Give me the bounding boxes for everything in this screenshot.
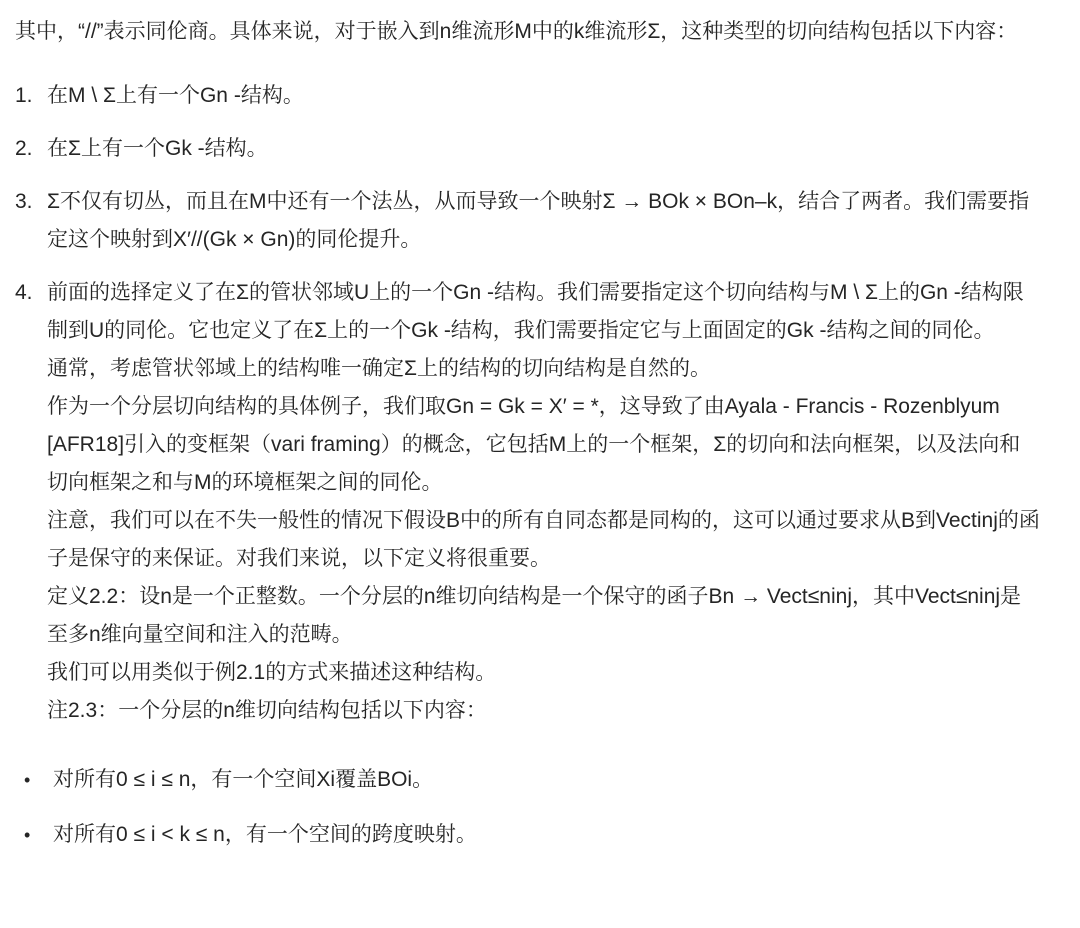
list-item-4-marker: 4. <box>15 274 47 312</box>
list-item-4: 4. 前面的选择定义了在Σ的管状邻域U上的一个Gn -结构。我们需要指定这个切向… <box>15 274 1040 730</box>
list-item-2-text: 在Σ上有一个Gk -结构。 <box>47 130 1040 168</box>
list-item-4-content: 前面的选择定义了在Σ的管状邻域U上的一个Gn -结构。我们需要指定这个切向结构与… <box>47 274 1040 730</box>
list-item-1-content: 在M \ Σ上有一个Gn -结构。 <box>47 77 1040 115</box>
numbered-list: 1. 在M \ Σ上有一个Gn -结构。 2. 在Σ上有一个Gk -结构。 3.… <box>15 77 1040 730</box>
bullet-item-1: • 对所有0 ≤ i ≤ n，有一个空间Xi覆盖BOi。 <box>15 761 1040 799</box>
bullet-list: • 对所有0 ≤ i ≤ n，有一个空间Xi覆盖BOi。 • 对所有0 ≤ i … <box>15 761 1040 854</box>
list-item-4-paragraph-5-definition-2-2: 定义2.2：设n是一个正整数。一个分层的n维切向结构是一个保守的函子Bn → V… <box>47 578 1040 654</box>
list-item-4-paragraph-3: 作为一个分层切向结构的具体例子，我们取Gn = Gk = X′ = *，这导致了… <box>47 388 1040 502</box>
list-item-4-paragraph-7-remark-2-3: 注2.3：一个分层的n维切向结构包括以下内容： <box>47 692 1040 730</box>
bullet-item-2: • 对所有0 ≤ i < k ≤ n，有一个空间的跨度映射。 <box>15 816 1040 854</box>
bullet-item-2-content: 对所有0 ≤ i < k ≤ n，有一个空间的跨度映射。 <box>53 816 1040 854</box>
list-item-4-paragraph-2: 通常，考虑管状邻域上的结构唯一确定Σ上的结构的切向结构是自然的。 <box>47 350 1040 388</box>
list-item-4-paragraph-4: 注意，我们可以在不失一般性的情况下假设B中的所有自同态都是同构的，这可以通过要求… <box>47 502 1040 578</box>
list-item-3: 3. Σ不仅有切丛，而且在M中还有一个法丛，从而导致一个映射Σ → BOk × … <box>15 183 1040 259</box>
document-page: 其中，“//”表示同伦商。具体来说，对于嵌入到n维流形M中的k维流形Σ，这种类型… <box>0 0 1080 928</box>
bullet-item-1-text: 对所有0 ≤ i ≤ n，有一个空间Xi覆盖BOi。 <box>53 761 1040 799</box>
list-item-1: 1. 在M \ Σ上有一个Gn -结构。 <box>15 77 1040 115</box>
bullet-item-1-content: 对所有0 ≤ i ≤ n，有一个空间Xi覆盖BOi。 <box>53 761 1040 799</box>
bullet-item-2-text: 对所有0 ≤ i < k ≤ n，有一个空间的跨度映射。 <box>53 816 1040 854</box>
list-item-2: 2. 在Σ上有一个Gk -结构。 <box>15 130 1040 168</box>
list-item-2-marker: 2. <box>15 130 47 168</box>
list-item-3-marker: 3. <box>15 183 47 221</box>
bullet-icon: • <box>15 761 53 799</box>
list-item-3-content: Σ不仅有切丛，而且在M中还有一个法丛，从而导致一个映射Σ → BOk × BOn… <box>47 183 1040 259</box>
list-item-2-content: 在Σ上有一个Gk -结构。 <box>47 130 1040 168</box>
list-item-1-marker: 1. <box>15 77 47 115</box>
list-item-4-paragraph-6: 我们可以用类似于例2.1的方式来描述这种结构。 <box>47 654 1040 692</box>
intro-paragraph: 其中，“//”表示同伦商。具体来说，对于嵌入到n维流形M中的k维流形Σ，这种类型… <box>15 13 1040 51</box>
bullet-icon: • <box>15 816 53 854</box>
list-item-1-text: 在M \ Σ上有一个Gn -结构。 <box>47 77 1040 115</box>
list-item-3-text: Σ不仅有切丛，而且在M中还有一个法丛，从而导致一个映射Σ → BOk × BOn… <box>47 183 1040 259</box>
list-item-4-paragraph-1: 前面的选择定义了在Σ的管状邻域U上的一个Gn -结构。我们需要指定这个切向结构与… <box>47 274 1040 350</box>
